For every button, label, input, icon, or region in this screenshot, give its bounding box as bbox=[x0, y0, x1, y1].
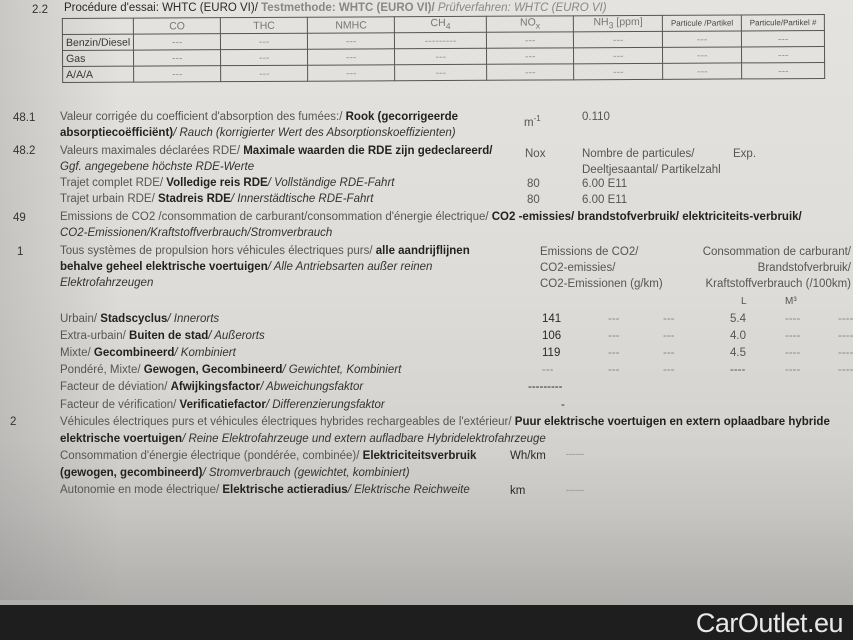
table-row: A/A/A --- --- --- --- --- --- --- --- bbox=[63, 63, 825, 83]
text-nl: (gewogen, gecombineerd) bbox=[60, 467, 203, 479]
cell: --- bbox=[134, 66, 221, 82]
cell: --- bbox=[663, 47, 742, 63]
title-nl: Testmethode: WHTC (EURO VI)/ bbox=[261, 2, 438, 14]
propulsion-label-line3: Elektrofahrzeugen bbox=[60, 277, 153, 289]
co2-value-2: --- bbox=[608, 347, 620, 359]
row-label: Gas bbox=[63, 50, 134, 66]
text-nl: Elektriciteitsverbruik bbox=[363, 450, 477, 462]
fuel-m3-value: ---- bbox=[785, 364, 800, 376]
cell: --- bbox=[574, 63, 663, 79]
rde-particles-header-1: Nombre de particules/ bbox=[582, 148, 695, 160]
fuel-liters-value: ---- bbox=[730, 364, 745, 376]
text-de: / Stromverbrauch (gewichtet, kombiniert) bbox=[203, 467, 410, 479]
section-number-49: 49 bbox=[13, 212, 26, 224]
ev-label-line2: elektrische voertuigen/ Reine Elektrofah… bbox=[60, 433, 546, 445]
text-de: / Kombiniert bbox=[174, 347, 235, 359]
text-de: / Innerstädtische RDE-Fahrt bbox=[231, 193, 374, 205]
header-ch4: CH4 bbox=[395, 16, 487, 32]
cell: --- bbox=[134, 34, 221, 50]
text-nl: Rook (gecorrigeerde bbox=[346, 111, 458, 123]
text-fr: Pondéré, Mixte/ bbox=[60, 364, 144, 376]
smoke-absorption-label-line1: Valeur corrigée du coefficient d'absorpt… bbox=[60, 111, 458, 123]
co2-value: --- bbox=[542, 364, 554, 376]
propulsion-label-line2: behalve geheel elektrische voertuigen/ A… bbox=[60, 261, 432, 273]
ev-consumption-label-line2: (gewogen, gecombineerd)/ Stromverbrauch … bbox=[60, 467, 410, 479]
text-nl: Elektrische actieradius bbox=[222, 484, 347, 496]
co2-value-3: --- bbox=[663, 347, 675, 359]
text-fr: Extra-urbain/ bbox=[60, 330, 129, 342]
fuel-liters-value: 4.0 bbox=[730, 330, 746, 342]
section-number-2: 2 bbox=[10, 416, 16, 428]
co2-header-1: Emissions de CO2/ bbox=[540, 246, 638, 258]
co2-header-3: CO2-Emissionen (g/km) bbox=[540, 278, 663, 290]
cell: --- bbox=[663, 63, 742, 79]
rde-urban-particles: 6.00 E11 bbox=[582, 194, 627, 206]
text-fr: Urbain/ bbox=[60, 313, 100, 325]
header-nox: NOx bbox=[487, 16, 574, 32]
cell: --- bbox=[487, 48, 574, 64]
rde-complete-nox: 80 bbox=[527, 178, 540, 190]
co2-value-3: --- bbox=[663, 364, 675, 376]
verification-factor-label: Facteur de vérification/ Verificatiefact… bbox=[60, 399, 385, 411]
rde-particles-header-2: Deeltjesaantal/ Partikelzahl bbox=[582, 164, 721, 176]
text-nl: Stadreis RDE bbox=[158, 193, 231, 205]
co2-value-2: --- bbox=[608, 364, 620, 376]
co2-value-2: --- bbox=[608, 313, 620, 325]
text-de: / Alle Antriebsarten außer reinen bbox=[268, 261, 433, 273]
header-co: CO bbox=[134, 18, 221, 34]
text-nl: absorptiecoëfficiënt) bbox=[60, 127, 173, 139]
section-number-48-2: 48.2 bbox=[13, 145, 35, 157]
header-particulate-number: Particule/Partikel # bbox=[742, 15, 825, 31]
text-de: / Elektrische Reichweite bbox=[348, 484, 470, 496]
section-number-48-1: 48.1 bbox=[13, 112, 35, 124]
text-fr: Mixte/ bbox=[60, 347, 94, 359]
co2-value-3: --- bbox=[663, 313, 675, 325]
cell: --- bbox=[574, 31, 663, 47]
text-nl: Gecombineerd bbox=[94, 347, 175, 359]
propulsion-label-line1: Tous systèmes de propulsion hors véhicul… bbox=[60, 245, 470, 257]
co2-header-2: CO2-emissies/ bbox=[540, 262, 615, 274]
rde-max-label-line2: Ggf. angegebene höchste RDE-Werte bbox=[60, 161, 254, 173]
text-fr: Véhicules électriques purs et véhicules … bbox=[60, 416, 515, 428]
smoke-absorption-value: 0.110 bbox=[582, 111, 610, 123]
fuel-m3-value: ---- bbox=[785, 330, 800, 342]
text-nl: Puur elektrische voertuigen en extern op… bbox=[515, 416, 830, 428]
cell: --- bbox=[742, 31, 825, 47]
text-nl: Volledige reis RDE bbox=[166, 177, 267, 189]
rde-complete-particles: 6.00 E11 bbox=[582, 178, 627, 190]
text-nl: alle aandrijflijnen bbox=[376, 245, 470, 257]
co2-value: 106 bbox=[542, 330, 561, 342]
text-nl: Afwijkingsfactor bbox=[171, 381, 260, 393]
text-nl: CO2 -emissies/ brandstofverbruik/ elektr… bbox=[492, 211, 802, 223]
consumption-row-label: Pondéré, Mixte/ Gewogen, Gecombineerd/ G… bbox=[60, 364, 401, 376]
title-fr: Procédure d'essai: WHTC (EURO VI)/ bbox=[64, 2, 261, 14]
text-fr: Valeur corrigée du coefficient d'absorpt… bbox=[60, 111, 346, 123]
ev-consumption-value: ------ bbox=[566, 449, 584, 459]
text-fr: Autonomie en mode électrique/ bbox=[60, 484, 222, 496]
text-fr: Facteur de vérification/ bbox=[60, 399, 180, 411]
unit-liters: L bbox=[741, 296, 747, 307]
co2-section-title-line1: Emissions de CO2 /consommation de carbur… bbox=[60, 211, 802, 223]
text-nl: Gewogen, Gecombineerd bbox=[144, 364, 283, 376]
text-fr: Valeurs maximales déclarées RDE/ bbox=[60, 145, 243, 157]
header-nh3: NH3 [ppm] bbox=[574, 15, 663, 31]
rde-row-urban: Trajet urbain RDE/ Stadreis RDE/ Innerst… bbox=[60, 193, 373, 205]
rde-nox-header: Nox bbox=[525, 148, 545, 160]
cell: --- bbox=[395, 48, 487, 64]
text-nl: Stadscyclus bbox=[100, 313, 167, 325]
cell: --- bbox=[308, 49, 395, 65]
fuel-liters-value: 4.5 bbox=[730, 347, 746, 359]
co2-value-3: --- bbox=[663, 330, 675, 342]
cell: --- bbox=[663, 31, 742, 47]
text-de: / Rauch (korrigierter Wert des Absorptio… bbox=[173, 127, 456, 139]
verification-factor-value: - bbox=[561, 399, 565, 411]
text-de: / Innerorts bbox=[167, 313, 219, 325]
ev-range-value: ------ bbox=[566, 485, 584, 495]
co2-value: 141 bbox=[542, 313, 561, 325]
rde-urban-nox: 80 bbox=[527, 194, 540, 206]
text-de: / Gewichtet, Kombiniert bbox=[282, 364, 401, 376]
fuel-m3-value: ---- bbox=[785, 347, 800, 359]
cell: --- bbox=[487, 64, 574, 80]
ev-range-unit: km bbox=[510, 485, 525, 497]
text-fr: Tous systèmes de propulsion hors véhicul… bbox=[60, 245, 376, 257]
fuel-extra-value: ---- bbox=[838, 330, 853, 342]
co2-value: 119 bbox=[542, 347, 560, 359]
cell: --- bbox=[221, 65, 308, 81]
row-label: A/A/A bbox=[63, 66, 134, 82]
consumption-row-label: Mixte/ Gecombineerd/ Kombiniert bbox=[60, 347, 236, 359]
text-de: / Differenzierungsfaktor bbox=[266, 399, 385, 411]
ev-consumption-unit: Wh/km bbox=[510, 450, 546, 462]
cell: --- bbox=[742, 63, 825, 79]
ev-range-label: Autonomie en mode électrique/ Elektrisch… bbox=[60, 484, 470, 496]
section-number-1: 1 bbox=[17, 246, 23, 258]
cell: --- bbox=[395, 64, 487, 80]
co2-value-2: --- bbox=[608, 330, 620, 342]
text-fr: Emissions de CO2 /consommation de carbur… bbox=[60, 211, 492, 223]
photo-shadow-left bbox=[0, 0, 120, 600]
header-nmhc: NMHC bbox=[308, 17, 395, 33]
rde-max-label-line1: Valeurs maximales déclarées RDE/ Maximal… bbox=[60, 145, 492, 157]
title-de: Prüfverfahren: WHTC (EURO VI) bbox=[438, 2, 607, 14]
row-label: Benzin/Diesel bbox=[62, 34, 133, 50]
section-number-2-2: 2.2 bbox=[32, 4, 48, 16]
smoke-absorption-unit: m-1 bbox=[524, 114, 541, 129]
text-nl: Verificatiefactor bbox=[180, 399, 266, 411]
text-nl: Maximale waarden die RDE zijn gedeclaree… bbox=[243, 145, 492, 157]
text-nl: Buiten de stad bbox=[129, 330, 208, 342]
fuel-header-1: Consommation de carburant/ bbox=[703, 246, 851, 258]
text-fr: Facteur de déviation/ bbox=[60, 381, 171, 393]
cell: --- bbox=[308, 65, 395, 81]
photo-shadow-bottom bbox=[0, 440, 853, 605]
header-thc: THC bbox=[221, 17, 308, 33]
cell: --- bbox=[221, 33, 308, 49]
fuel-header-3: Kraftstoffverbrauch (/100km) bbox=[705, 278, 851, 290]
text-nl: behalve geheel elektrische voertuigen bbox=[60, 261, 268, 273]
text-de: / Reine Elektrofahrzeuge und extern aufl… bbox=[182, 433, 546, 445]
consumption-row-label: Extra-urbain/ Buiten de stad/ Außerorts bbox=[60, 330, 265, 342]
header-blank bbox=[62, 18, 133, 34]
fuel-liters-value: 5.4 bbox=[730, 313, 746, 325]
text-de: / Vollständige RDE-Fahrt bbox=[268, 177, 395, 189]
text-fr: Trajet complet RDE/ bbox=[60, 177, 166, 189]
emissions-table: CO THC NMHC CH4 NOx NH3 [ppm] Particule … bbox=[62, 14, 826, 83]
fuel-extra-value: ---- bbox=[838, 364, 853, 376]
cell: --- bbox=[221, 49, 308, 65]
fuel-m3-value: ---- bbox=[785, 313, 800, 325]
test-procedure-title: Procédure d'essai: WHTC (EURO VI)/ Testm… bbox=[64, 2, 607, 14]
ev-consumption-label: Consommation d'énergie électrique (pondé… bbox=[60, 450, 476, 462]
ev-label-line1: Véhicules électriques purs et véhicules … bbox=[60, 416, 830, 428]
header-particulate-mass: Particule /Partikel bbox=[663, 15, 742, 31]
co2-section-title-line2: CO2-Emissionen/Kraftstoffverbrauch/Strom… bbox=[60, 227, 332, 239]
text-fr: Trajet urbain RDE/ bbox=[60, 193, 158, 205]
unit-cubic-meters: M³ bbox=[785, 296, 797, 307]
deviation-factor-label: Facteur de déviation/ Afwijkingsfactor/ … bbox=[60, 381, 363, 393]
cell: --- bbox=[487, 32, 574, 48]
fuel-extra-value: ---- bbox=[838, 313, 853, 325]
rde-row-complete: Trajet complet RDE/ Volledige reis RDE/ … bbox=[60, 177, 394, 189]
cell: --- bbox=[742, 47, 825, 63]
cell: --------- bbox=[395, 32, 487, 48]
deviation-factor-value: --------- bbox=[528, 381, 562, 393]
cell: --- bbox=[134, 50, 221, 66]
consumption-row-label: Urbain/ Stadscyclus/ Innerorts bbox=[60, 313, 219, 325]
smoke-absorption-label-line2: absorptiecoëfficiënt)/ Rauch (korrigiert… bbox=[60, 127, 456, 139]
text-de: / Abweichungsfaktor bbox=[260, 381, 363, 393]
cell: --- bbox=[308, 33, 395, 49]
text-fr: Consommation d'énergie électrique (pondé… bbox=[60, 450, 363, 462]
rde-exp-header: Exp. bbox=[733, 148, 756, 160]
text-nl: elektrische voertuigen bbox=[60, 433, 182, 445]
fuel-header-2: Brandstofverbruik/ bbox=[758, 262, 851, 274]
cell: --- bbox=[574, 47, 663, 63]
watermark-logo: CarOutlet.eu bbox=[696, 608, 843, 639]
text-de: / Außerorts bbox=[208, 330, 264, 342]
fuel-extra-value: ---- bbox=[838, 347, 853, 359]
